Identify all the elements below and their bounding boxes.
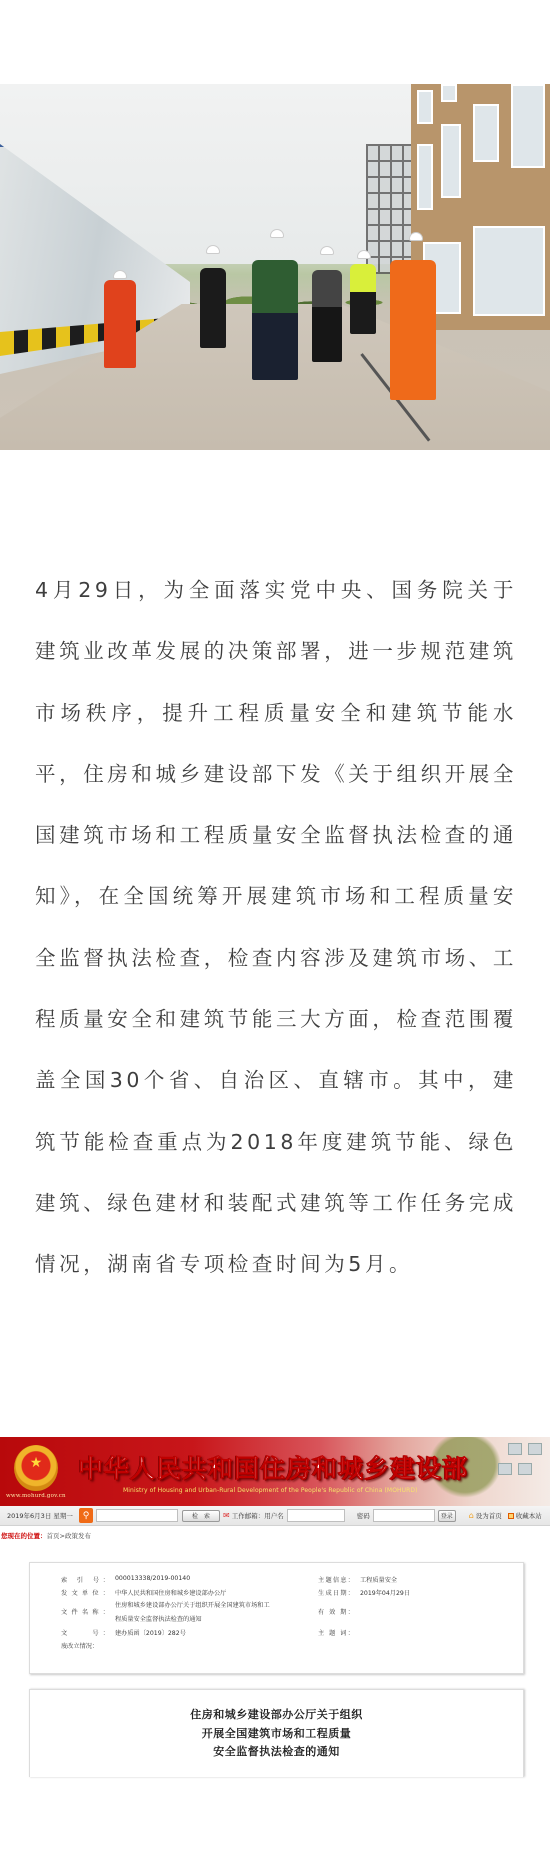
photo-person-green — [252, 260, 298, 380]
meta-keywords: 主 题 词： — [318, 1628, 360, 1637]
set-homepage-label: 设为首页 — [476, 1511, 502, 1520]
search-button[interactable]: 检 索 — [182, 1510, 220, 1522]
document-title-line2: 开展全国建筑市场和工程质量 — [30, 1725, 523, 1744]
banner-window — [508, 1443, 522, 1455]
username-label: 用户名 — [264, 1511, 284, 1520]
emblem-star-icon: ★ — [30, 1455, 43, 1471]
photo-person-black — [200, 268, 226, 348]
meta-issuer: 发文单位： 中华人民共和国住房和城乡建设部办公厅 — [61, 1588, 226, 1597]
meta-file-name-line2: 程质量安全监督执法检查的通知 — [115, 1614, 202, 1623]
meta-doc-no: 文 号： 建办质函〔2019〕282号 — [61, 1628, 186, 1637]
bookmark-icon — [508, 1513, 514, 1519]
work-mail-label: 工作邮箱： — [232, 1511, 265, 1520]
document-metadata-panel: 索 引 号： 000013338/2019-00140 发文单位： 中华人民共和… — [29, 1562, 524, 1674]
photo-person-vest — [350, 264, 376, 334]
photo-person-orange-left — [104, 280, 136, 368]
site-search-input[interactable] — [96, 1509, 178, 1522]
national-emblem-icon: ★ — [14, 1445, 58, 1491]
banner-window — [498, 1463, 512, 1475]
document-title-line3: 安全监督执法检查的通知 — [30, 1743, 523, 1762]
set-homepage-link[interactable]: ⌂ 设为首页 — [469, 1511, 502, 1520]
banner-window — [528, 1443, 542, 1455]
mohurd-site-screenshot: ★ www.mohurd.gov.cn 中华人民共和国住房和城乡建设部 Mini… — [0, 1437, 550, 1857]
search-icon[interactable]: ⚲ — [79, 1508, 93, 1523]
meta-index-no: 索 引 号： 000013338/2019-00140 — [61, 1575, 190, 1584]
login-button[interactable]: 登录 — [438, 1510, 456, 1522]
photo-person-striped — [312, 270, 342, 362]
current-date: 2019年6月3日 星期一 — [7, 1511, 79, 1520]
document-title: 住房和城乡建设部办公厅关于组织 开展全国建筑市场和工程质量 安全监督执法检查的通… — [30, 1690, 523, 1762]
document-title-line1: 住房和城乡建设部办公厅关于组织 — [30, 1706, 523, 1725]
breadcrumb-label: 您现在的位置： — [1, 1531, 47, 1540]
site-subtitle: Ministry of Housing and Urban-Rural Deve… — [123, 1487, 418, 1494]
site-inspection-photo — [0, 84, 550, 450]
photo-scaffold — [366, 144, 414, 274]
meta-created: 生成日期： 2019年04月29日 — [318, 1588, 410, 1597]
meta-topic: 主题信息： 工程质量安全 — [318, 1575, 397, 1584]
password-input[interactable] — [373, 1509, 435, 1522]
meta-validity: 有 效 期： — [318, 1607, 360, 1616]
article-body: 4月29日，为全面落实党中央、国务院关于建筑业改革发展的决策部署，进一步规范建筑… — [35, 560, 517, 1296]
photo-person-orange-right — [390, 260, 436, 400]
site-title: 中华人民共和国住房和城乡建设部 — [78, 1449, 468, 1485]
site-toolbar: 2019年6月3日 星期一 ⚲ 检 索 ✉ 工作邮箱： 用户名 密码 登录 ⌂ … — [0, 1506, 550, 1526]
meta-abolished: 废改立情况： — [61, 1641, 98, 1650]
site-banner: ★ www.mohurd.gov.cn 中华人民共和国住房和城乡建设部 Mini… — [0, 1437, 550, 1506]
bookmark-label: 收藏本站 — [516, 1511, 542, 1520]
username-input[interactable] — [287, 1509, 345, 1522]
home-icon: ⌂ — [469, 1511, 474, 1520]
article-paragraph: 4月29日，为全面落实党中央、国务院关于建筑业改革发展的决策部署，进一步规范建筑… — [35, 560, 517, 1296]
meta-file-name-line1: 住房和城乡建设部办公厅关于组织开展全国建筑市场和工 — [115, 1600, 270, 1609]
site-url: www.mohurd.gov.cn — [6, 1493, 66, 1499]
mail-icon: ✉ — [223, 1511, 230, 1520]
document-title-panel: 住房和城乡建设部办公厅关于组织 开展全国建筑市场和工程质量 安全监督执法检查的通… — [29, 1689, 524, 1777]
bookmark-link[interactable]: 收藏本站 — [508, 1511, 542, 1520]
breadcrumb: 您现在的位置： 首页>政策发布 — [0, 1526, 550, 1544]
banner-window — [518, 1463, 532, 1475]
password-label: 密码 — [357, 1511, 370, 1520]
breadcrumb-path[interactable]: 首页>政策发布 — [47, 1531, 91, 1540]
meta-file-name: 文件名称： — [61, 1607, 115, 1616]
